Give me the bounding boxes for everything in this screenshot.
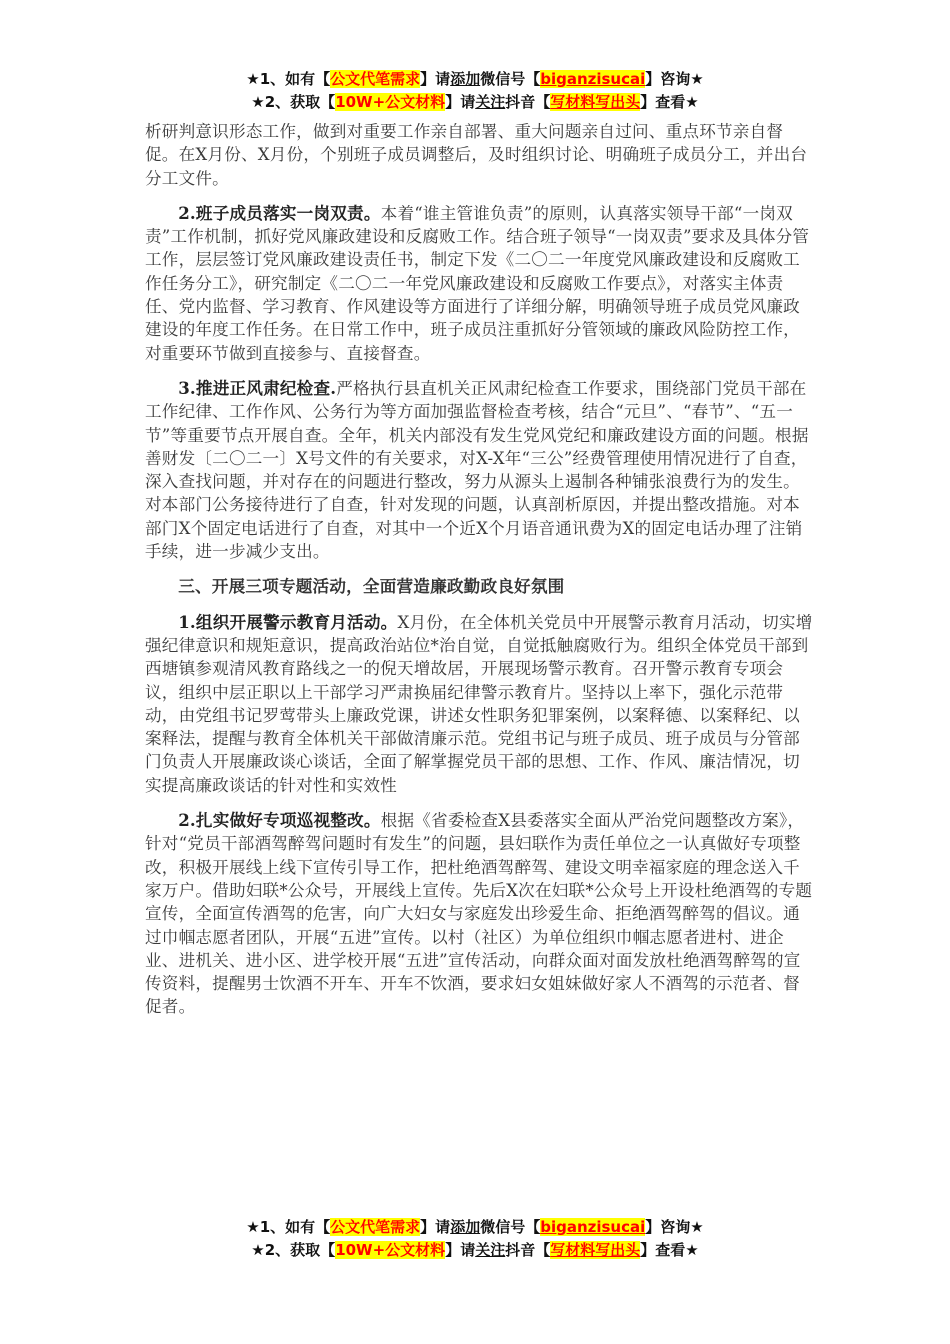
paragraph-text: 本着“谁主管谁负责”的原则，认真落实领导干部“一岗双责”工作机制，抓好党风廉政建…	[145, 204, 809, 363]
paragraph-lead: 1.组织开展警示教育月活动。	[178, 612, 397, 632]
promo-line-2: ★2、获取【10W+公文材料】请关注抖音【写材料写出头】查看★	[0, 1239, 950, 1262]
promo-text: 】咨询★	[645, 70, 703, 88]
promo-text: ★1、如有【	[246, 70, 330, 88]
promo-text: 】请	[420, 70, 450, 88]
paragraph-continued: 析研判意识形态工作，做到对重要工作亲自部署、重大问题亲自过问、重点环节亲自督促。…	[145, 120, 813, 190]
paragraph-text: X月份，在全体机关党员中开展警示教育月活动，切实增强纪律意识和规矩意识，提高政治…	[145, 613, 813, 795]
promo-text: ★1、如有【	[246, 1218, 330, 1236]
highlight-wechat-id: biganzisucai	[540, 70, 645, 88]
promo-text: 】查看★	[640, 1241, 698, 1259]
paragraph-inspection-rectification: 2.扎实做好专项巡视整改。根据《省委检查X县委落实全面从严治党问题整改方案》，针…	[145, 809, 813, 1019]
paragraph-text: 根据《省委检查X县委落实全面从严治党问题整改方案》，针对“党员干部酒驾醉驾问题时…	[145, 811, 812, 1016]
highlight-douyin-account: 写材料写出头	[550, 1241, 640, 1259]
promo-line-1: ★1、如有【公文代笔需求】请添加微信号【biganzisucai】咨询★	[0, 1216, 950, 1239]
promo-banner-top: ★1、如有【公文代笔需求】请添加微信号【biganzisucai】咨询★ ★2、…	[0, 68, 950, 114]
highlight-service: 公文代笔需求	[330, 70, 420, 88]
promo-line-1: ★1、如有【公文代笔需求】请添加微信号【biganzisucai】咨询★	[0, 68, 950, 91]
section-heading: 三、开展三项专题活动，全面营造廉政勤政良好氛围	[145, 575, 813, 598]
promo-text: 】请	[445, 1241, 475, 1259]
highlight-wechat-id: biganzisucai	[540, 1218, 645, 1236]
underlined-keyword: 添加	[450, 70, 480, 88]
promo-banner-bottom: ★1、如有【公文代笔需求】请添加微信号【biganzisucai】咨询★ ★2、…	[0, 1216, 950, 1262]
highlight-service: 公文代笔需求	[330, 1218, 420, 1236]
highlight-materials: 10W+公文材料	[335, 93, 445, 111]
paragraph-lead: 2.班子成员落实一岗双责。	[178, 203, 380, 223]
promo-text: 抖音【	[505, 1241, 550, 1259]
paragraph-one-post-two-duties: 2.班子成员落实一岗双责。本着“谁主管谁负责”的原则，认真落实领导干部“一岗双责…	[145, 202, 813, 365]
paragraph-lead: 2.扎实做好专项巡视整改。	[178, 810, 380, 830]
underlined-keyword: 关注	[475, 1241, 505, 1259]
promo-text: ★2、获取【	[251, 93, 335, 111]
promo-text: ★2、获取【	[251, 1241, 335, 1259]
highlight-materials: 10W+公文材料	[335, 1241, 445, 1259]
document-body: 析研判意识形态工作，做到对重要工作亲自部署、重大问题亲自过问、重点环节亲自督促。…	[145, 120, 813, 1031]
paragraph-text: 严格执行县直机关正风肃纪检查工作要求，围绕部门党员干部在工作纪律、工作作风、公务…	[145, 379, 809, 561]
promo-text: 微信号【	[480, 70, 540, 88]
promo-text: 抖音【	[505, 93, 550, 111]
underlined-keyword: 关注	[475, 93, 505, 111]
promo-text: 微信号【	[480, 1218, 540, 1236]
promo-text: 】查看★	[640, 93, 698, 111]
underlined-keyword: 添加	[450, 1218, 480, 1236]
highlight-douyin-account: 写材料写出头	[550, 93, 640, 111]
paragraph-discipline-inspection: 3.推进正风肃纪检查.严格执行县直机关正风肃纪检查工作要求，围绕部门党员干部在工…	[145, 377, 813, 563]
promo-text: 】咨询★	[645, 1218, 703, 1236]
paragraph-warning-education: 1.组织开展警示教育月活动。X月份，在全体机关党员中开展警示教育月活动，切实增强…	[145, 611, 813, 797]
promo-text: 】请	[420, 1218, 450, 1236]
promo-line-2: ★2、获取【10W+公文材料】请关注抖音【写材料写出头】查看★	[0, 91, 950, 114]
paragraph-lead: 3.推进正风肃纪检查.	[178, 378, 336, 398]
promo-text: 】请	[445, 93, 475, 111]
